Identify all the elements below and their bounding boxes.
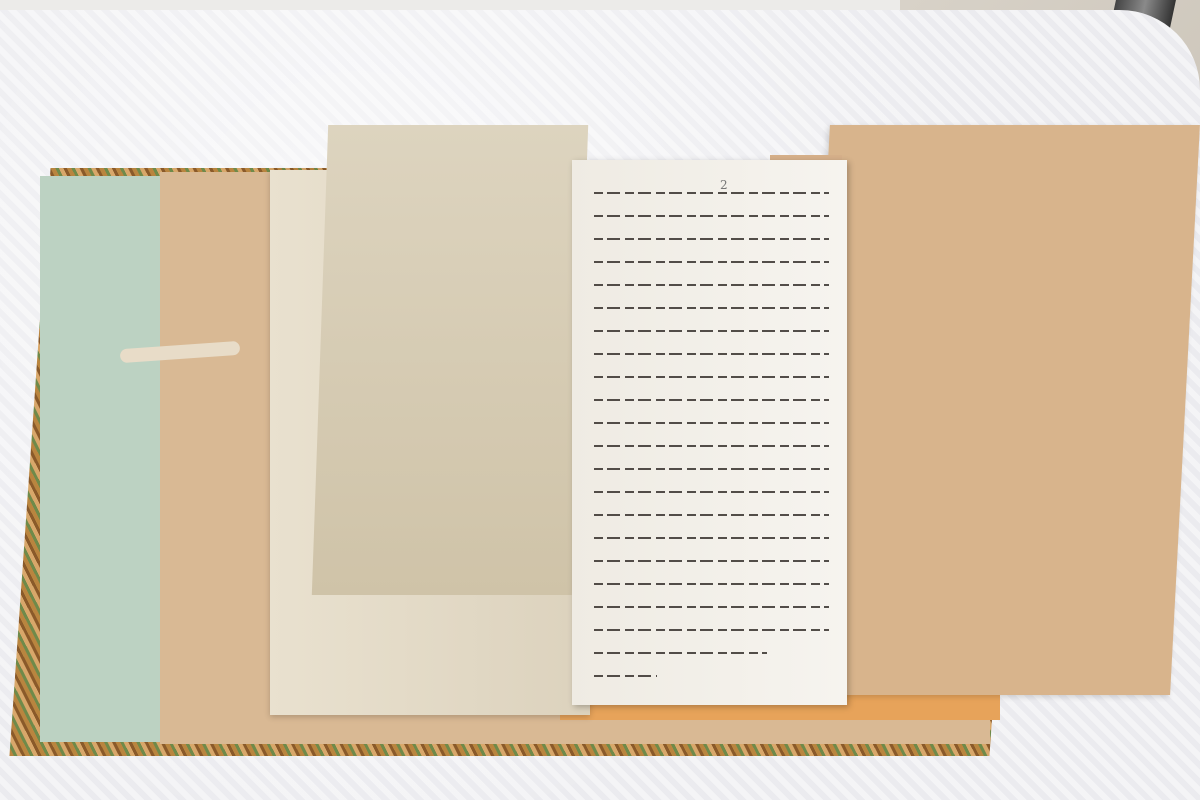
handwritten-line xyxy=(594,192,829,194)
handwritten-line xyxy=(594,675,657,677)
handwritten-line xyxy=(594,514,829,516)
handwritten-line xyxy=(594,491,829,493)
handwritten-line xyxy=(594,560,829,562)
handwritten-line xyxy=(594,238,829,240)
handwritten-line xyxy=(594,606,829,608)
handwritten-line xyxy=(594,445,829,447)
handwritten-line xyxy=(594,468,829,470)
page-number: 2 xyxy=(720,178,728,192)
handwritten-line xyxy=(594,629,829,631)
handwritten-line xyxy=(594,307,829,309)
manuscript-right-page xyxy=(572,160,847,705)
folded-aged-sheet xyxy=(312,125,588,595)
handwritten-line xyxy=(594,353,829,355)
handwritten-line xyxy=(594,330,829,332)
kraft-folder-flap xyxy=(800,125,1200,695)
handwritten-line xyxy=(594,537,829,539)
handwritten-line xyxy=(594,376,829,378)
handwritten-line xyxy=(594,422,829,424)
handwritten-line xyxy=(594,261,829,263)
handwritten-line xyxy=(594,399,829,401)
handwritten-line xyxy=(594,583,829,585)
handwritten-line xyxy=(594,652,767,654)
handwritten-line xyxy=(594,284,829,286)
handwritten-line xyxy=(594,215,829,217)
